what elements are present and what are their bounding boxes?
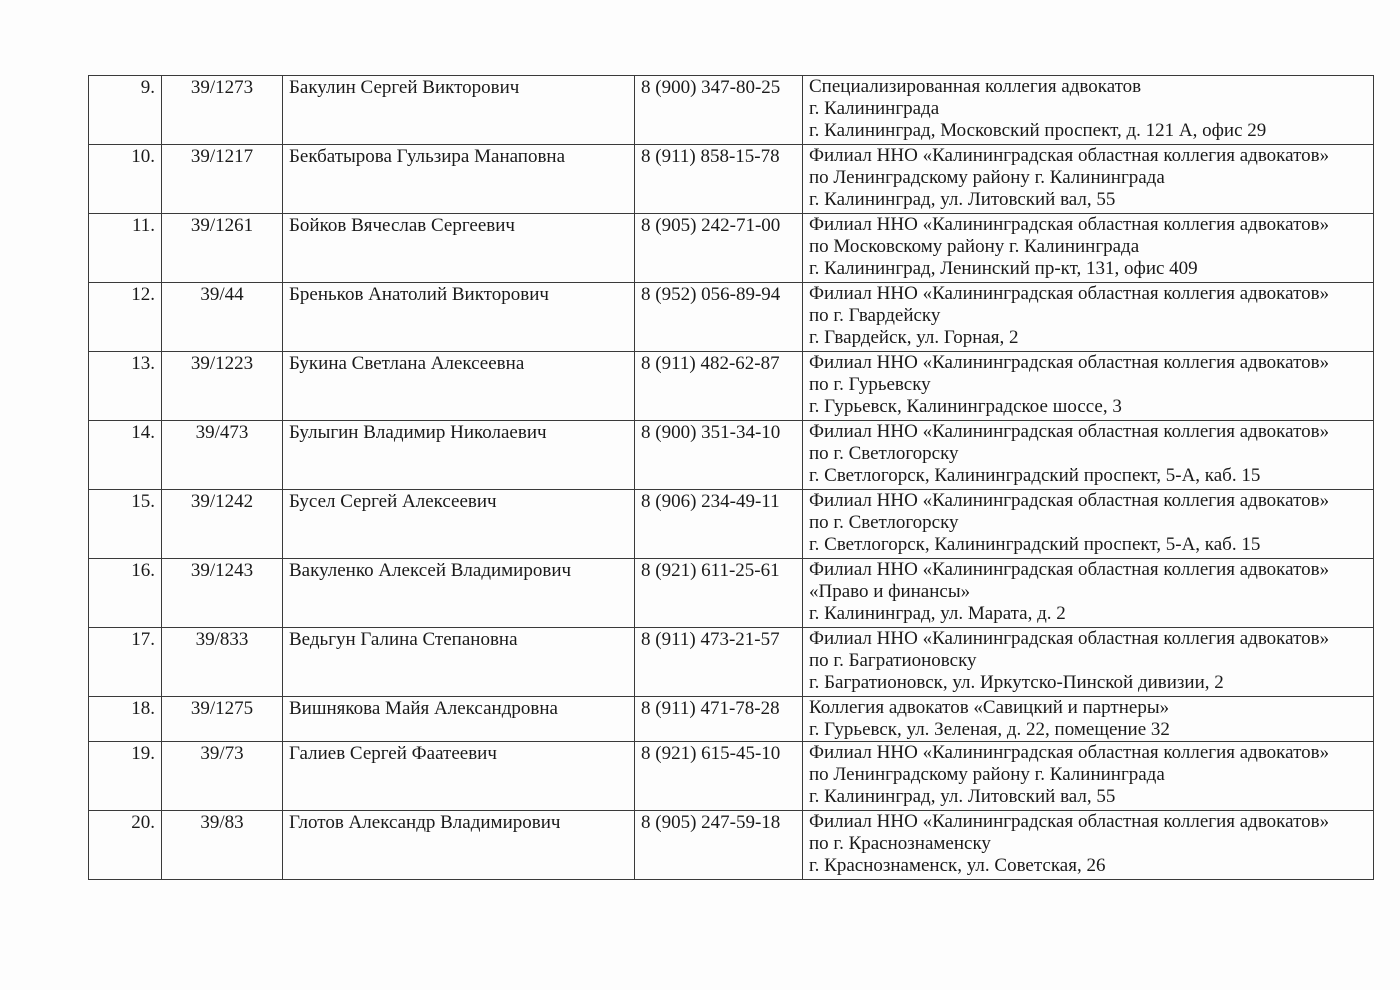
registry-number-cell: 39/1261: [162, 214, 283, 283]
lawyer-name-cell: Галиев Сергей Фаатеевич: [283, 742, 635, 811]
lawyer-name-cell-text: Бойков Вячеслав Сергеевич: [289, 214, 628, 237]
registry-number-cell: 39/473: [162, 421, 283, 490]
organization-line: Филиал ННО «Калининградская областная ко…: [809, 811, 1367, 833]
organization-line: Филиал ННО «Калининградская областная ко…: [809, 352, 1367, 374]
lawyer-name-cell: Бойков Вячеслав Сергеевич: [283, 214, 635, 283]
organization-line: г. Калининград, ул. Литовский вал, 55: [809, 189, 1367, 211]
organization-line: г. Калининград, Московский проспект, д. …: [809, 120, 1367, 142]
organization-line: по г. Краснознаменску: [809, 833, 1367, 855]
organization-address-cell: Филиал ННО «Калининградская областная ко…: [803, 628, 1374, 697]
organization-line: Филиал ННО «Калининградская областная ко…: [809, 214, 1367, 236]
registry-number-cell: 39/1243: [162, 559, 283, 628]
organization-line: Филиал ННО «Калининградская областная ко…: [809, 145, 1367, 167]
phone-cell-text: 8 (911) 473-21-57: [641, 628, 796, 651]
registry-table-body: 9.39/1273Бакулин Сергей Викторович8 (900…: [89, 76, 1374, 880]
table-row: 15.39/1242Бусел Сергей Алексеевич8 (906)…: [89, 490, 1374, 559]
organization-line: г. Гурьевск, ул. Зеленая, д. 22, помещен…: [809, 719, 1367, 741]
table-row: 13.39/1223Букина Светлана Алексеевна8 (9…: [89, 352, 1374, 421]
phone-cell-text: 8 (900) 347-80-25: [641, 76, 796, 99]
registry-number-cell-text: 39/1243: [168, 559, 276, 582]
registry-number-cell: 39/1217: [162, 145, 283, 214]
organization-line: г. Калининград, ул. Литовский вал, 55: [809, 786, 1367, 808]
row-number-cell: 18.: [89, 697, 162, 742]
organization-address-cell: Филиал ННО «Калининградская областная ко…: [803, 283, 1374, 352]
organization-line: по г. Светлогорску: [809, 443, 1367, 465]
row-number-cell: 19.: [89, 742, 162, 811]
lawyer-name-cell: Бекбатырова Гульзира Манаповна: [283, 145, 635, 214]
row-number-cell: 12.: [89, 283, 162, 352]
organization-address-cell: Филиал ННО «Калининградская областная ко…: [803, 490, 1374, 559]
row-number-cell: 14.: [89, 421, 162, 490]
row-number-cell-text: 19.: [95, 742, 155, 765]
registry-number-cell: 39/1273: [162, 76, 283, 145]
phone-cell-text: 8 (911) 471-78-28: [641, 697, 796, 720]
row-number-cell-text: 9.: [95, 76, 155, 99]
organization-line: по Ленинградскому району г. Калининграда: [809, 764, 1367, 786]
row-number-cell-text: 14.: [95, 421, 155, 444]
lawyer-name-cell-text: Букина Светлана Алексеевна: [289, 352, 628, 375]
phone-cell: 8 (900) 351-34-10: [635, 421, 803, 490]
table-row: 18.39/1275Вишнякова Майя Александровна8 …: [89, 697, 1374, 742]
table-row: 20.39/83Глотов Александр Владимирович8 (…: [89, 811, 1374, 880]
registry-number-cell-text: 39/83: [168, 811, 276, 834]
row-number-cell: 16.: [89, 559, 162, 628]
row-number-cell-text: 15.: [95, 490, 155, 513]
phone-cell: 8 (911) 482-62-87: [635, 352, 803, 421]
table-row: 9.39/1273Бакулин Сергей Викторович8 (900…: [89, 76, 1374, 145]
organization-line: г. Калининград, ул. Марата, д. 2: [809, 603, 1367, 625]
organization-line: по г. Багратионовску: [809, 650, 1367, 672]
organization-line: Филиал ННО «Калининградская областная ко…: [809, 628, 1367, 650]
phone-cell-text: 8 (921) 615-45-10: [641, 742, 796, 765]
organization-line: по г. Гурьевску: [809, 374, 1367, 396]
organization-address-cell: Филиал ННО «Калининградская областная ко…: [803, 352, 1374, 421]
lawyer-name-cell-text: Бекбатырова Гульзира Манаповна: [289, 145, 628, 168]
phone-cell: 8 (921) 615-45-10: [635, 742, 803, 811]
lawyer-name-cell-text: Глотов Александр Владимирович: [289, 811, 628, 834]
lawyer-name-cell-text: Вакуленко Алексей Владимирович: [289, 559, 628, 582]
organization-address-cell: Филиал ННО «Калининградская областная ко…: [803, 811, 1374, 880]
row-number-cell-text: 20.: [95, 811, 155, 834]
registry-number-cell-text: 39/1217: [168, 145, 276, 168]
lawyers-registry-table: 9.39/1273Бакулин Сергей Викторович8 (900…: [88, 75, 1374, 880]
lawyer-name-cell: Вишнякова Майя Александровна: [283, 697, 635, 742]
organization-line: «Право и финансы»: [809, 581, 1367, 603]
organization-address-cell: Филиал ННО «Калининградская областная ко…: [803, 214, 1374, 283]
row-number-cell: 15.: [89, 490, 162, 559]
registry-number-cell-text: 39/1242: [168, 490, 276, 513]
phone-cell-text: 8 (911) 858-15-78: [641, 145, 796, 168]
organization-line: по Ленинградскому району г. Калининграда: [809, 167, 1367, 189]
registry-number-cell-text: 39/1261: [168, 214, 276, 237]
registry-number-cell: 39/1223: [162, 352, 283, 421]
phone-cell: 8 (911) 471-78-28: [635, 697, 803, 742]
phone-cell: 8 (911) 473-21-57: [635, 628, 803, 697]
organization-line: Филиал ННО «Калининградская областная ко…: [809, 742, 1367, 764]
organization-line: Специализированная коллегия адвокатов: [809, 76, 1367, 98]
lawyer-name-cell: Бреньков Анатолий Викторович: [283, 283, 635, 352]
registry-number-cell-text: 39/833: [168, 628, 276, 651]
organization-line: Коллегия адвокатов «Савицкий и партнеры»: [809, 697, 1367, 719]
registry-number-cell-text: 39/1273: [168, 76, 276, 99]
row-number-cell: 11.: [89, 214, 162, 283]
organization-address-cell: Филиал ННО «Калининградская областная ко…: [803, 145, 1374, 214]
row-number-cell-text: 11.: [95, 214, 155, 237]
organization-line: г. Гурьевск, Калининградское шоссе, 3: [809, 396, 1367, 418]
table-row: 12.39/44Бреньков Анатолий Викторович8 (9…: [89, 283, 1374, 352]
row-number-cell: 17.: [89, 628, 162, 697]
row-number-cell-text: 16.: [95, 559, 155, 582]
organization-line: по г. Гвардейску: [809, 305, 1367, 327]
organization-line: г. Калининграда: [809, 98, 1367, 120]
registry-number-cell-text: 39/73: [168, 742, 276, 765]
table-row: 14.39/473Булыгин Владимир Николаевич8 (9…: [89, 421, 1374, 490]
scanned-page: 9.39/1273Бакулин Сергей Викторович8 (900…: [0, 0, 1400, 990]
registry-number-cell: 39/1275: [162, 697, 283, 742]
lawyer-name-cell-text: Бреньков Анатолий Викторович: [289, 283, 628, 306]
organization-line: г. Багратионовск, ул. Иркутско-Пинской д…: [809, 672, 1367, 694]
row-number-cell-text: 10.: [95, 145, 155, 168]
lawyer-name-cell-text: Бакулин Сергей Викторович: [289, 76, 628, 99]
organization-line: по Московскому району г. Калининграда: [809, 236, 1367, 258]
registry-number-cell: 39/83: [162, 811, 283, 880]
phone-cell-text: 8 (905) 247-59-18: [641, 811, 796, 834]
registry-number-cell: 39/1242: [162, 490, 283, 559]
phone-cell: 8 (906) 234-49-11: [635, 490, 803, 559]
phone-cell: 8 (952) 056-89-94: [635, 283, 803, 352]
phone-cell-text: 8 (905) 242-71-00: [641, 214, 796, 237]
lawyer-name-cell-text: Булыгин Владимир Николаевич: [289, 421, 628, 444]
registry-number-cell-text: 39/473: [168, 421, 276, 444]
phone-cell: 8 (911) 858-15-78: [635, 145, 803, 214]
phone-cell-text: 8 (906) 234-49-11: [641, 490, 796, 513]
lawyer-name-cell: Булыгин Владимир Николаевич: [283, 421, 635, 490]
phone-cell: 8 (900) 347-80-25: [635, 76, 803, 145]
registry-number-cell: 39/73: [162, 742, 283, 811]
lawyer-name-cell: Бусел Сергей Алексеевич: [283, 490, 635, 559]
organization-line: г. Калининград, Ленинский пр-кт, 131, оф…: [809, 258, 1367, 280]
organization-address-cell: Филиал ННО «Калининградская областная ко…: [803, 742, 1374, 811]
row-number-cell: 9.: [89, 76, 162, 145]
lawyer-name-cell: Бакулин Сергей Викторович: [283, 76, 635, 145]
table-row: 19.39/73Галиев Сергей Фаатеевич8 (921) 6…: [89, 742, 1374, 811]
table-row: 10.39/1217Бекбатырова Гульзира Манаповна…: [89, 145, 1374, 214]
phone-cell-text: 8 (921) 611-25-61: [641, 559, 796, 582]
organization-line: по г. Светлогорску: [809, 512, 1367, 534]
lawyer-name-cell: Глотов Александр Владимирович: [283, 811, 635, 880]
organization-address-cell: Филиал ННО «Калининградская областная ко…: [803, 559, 1374, 628]
lawyer-name-cell: Ведьгун Галина Степановна: [283, 628, 635, 697]
lawyer-name-cell: Букина Светлана Алексеевна: [283, 352, 635, 421]
organization-line: Филиал ННО «Калининградская областная ко…: [809, 559, 1367, 581]
phone-cell: 8 (921) 611-25-61: [635, 559, 803, 628]
table-row: 11.39/1261Бойков Вячеслав Сергеевич8 (90…: [89, 214, 1374, 283]
organization-address-cell: Специализированная коллегия адвокатовг. …: [803, 76, 1374, 145]
row-number-cell: 10.: [89, 145, 162, 214]
row-number-cell: 13.: [89, 352, 162, 421]
organization-line: г. Светлогорск, Калининградский проспект…: [809, 465, 1367, 487]
registry-number-cell: 39/44: [162, 283, 283, 352]
organization-address-cell: Филиал ННО «Калининградская областная ко…: [803, 421, 1374, 490]
registry-number-cell-text: 39/1223: [168, 352, 276, 375]
table-row: 17.39/833Ведьгун Галина Степановна8 (911…: [89, 628, 1374, 697]
row-number-cell-text: 18.: [95, 697, 155, 720]
organization-line: г. Светлогорск, Калининградский проспект…: [809, 534, 1367, 556]
row-number-cell-text: 17.: [95, 628, 155, 651]
table-row: 16.39/1243Вакуленко Алексей Владимирович…: [89, 559, 1374, 628]
registry-number-cell-text: 39/1275: [168, 697, 276, 720]
row-number-cell-text: 13.: [95, 352, 155, 375]
phone-cell-text: 8 (900) 351-34-10: [641, 421, 796, 444]
phone-cell-text: 8 (952) 056-89-94: [641, 283, 796, 306]
registry-number-cell: 39/833: [162, 628, 283, 697]
organization-address-cell: Коллегия адвокатов «Савицкий и партнеры»…: [803, 697, 1374, 742]
row-number-cell: 20.: [89, 811, 162, 880]
lawyer-name-cell-text: Вишнякова Майя Александровна: [289, 697, 628, 720]
organization-line: г. Краснознаменск, ул. Советская, 26: [809, 855, 1367, 877]
phone-cell: 8 (905) 242-71-00: [635, 214, 803, 283]
lawyer-name-cell-text: Бусел Сергей Алексеевич: [289, 490, 628, 513]
lawyer-name-cell-text: Галиев Сергей Фаатеевич: [289, 742, 628, 765]
row-number-cell-text: 12.: [95, 283, 155, 306]
lawyer-name-cell: Вакуленко Алексей Владимирович: [283, 559, 635, 628]
phone-cell-text: 8 (911) 482-62-87: [641, 352, 796, 375]
organization-line: Филиал ННО «Калининградская областная ко…: [809, 283, 1367, 305]
registry-number-cell-text: 39/44: [168, 283, 276, 306]
lawyer-name-cell-text: Ведьгун Галина Степановна: [289, 628, 628, 651]
organization-line: г. Гвардейск, ул. Горная, 2: [809, 327, 1367, 349]
phone-cell: 8 (905) 247-59-18: [635, 811, 803, 880]
organization-line: Филиал ННО «Калининградская областная ко…: [809, 421, 1367, 443]
organization-line: Филиал ННО «Калининградская областная ко…: [809, 490, 1367, 512]
